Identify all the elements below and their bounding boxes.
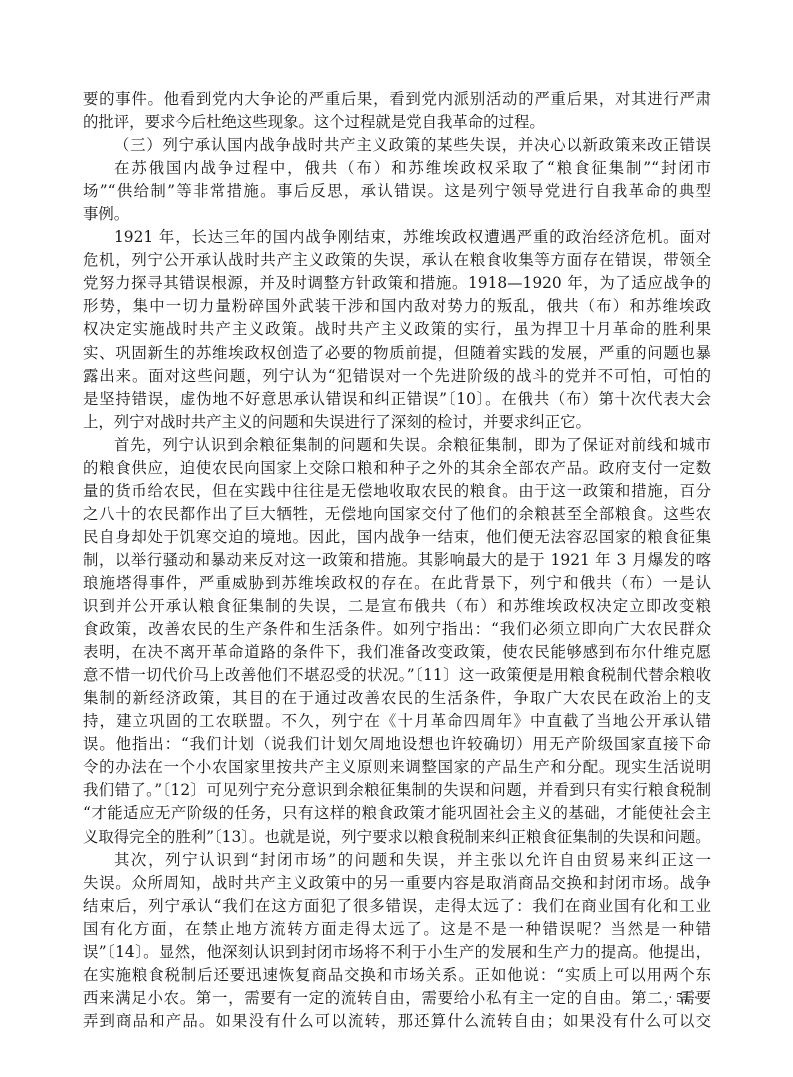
text-line: 之八十的农民都作出了巨大牺牲，无偿地向国家交付了他们的余粮甚至全部粮食。这些农	[83, 503, 711, 526]
text-line: 其次，列宁认识到“封闭市场”的问题和失误，并主张以允许自由贸易来纠正这一	[83, 849, 711, 872]
text-line: 在苏俄国内战争过程中，俄共（布）和苏维埃政权采取了“粮食征集制”“封闭市	[83, 157, 711, 180]
page-number: · 51 ·	[668, 991, 698, 1007]
text-line: 表明，在决不离开革命道路的条件下，我们准备改变政策，使农民能够感到布尔什维克愿	[83, 641, 711, 664]
text-line: 误。他指出：“我们计划（说我们计划欠周地设想也许较确切）用无产阶级国家直接下命	[83, 733, 711, 756]
text-line: 持，建立巩固的工农联盟。不久，列宁在《十月革命四周年》中直截了当地公开承认错	[83, 710, 711, 733]
text-line: 义取得完全的胜利”〔13〕。也就是说，列宁要求以粮食税制来纠正粮食征集制的失误和…	[83, 826, 711, 849]
text-line: 我们错了。”〔12〕可见列宁充分意识到余粮征集制的失误和问题，并看到只有实行粮食…	[83, 779, 711, 802]
text-line: 危机，列宁公开承认战时共产主义政策的失误，承认在粮食收集等方面存在错误，带领全	[83, 249, 711, 272]
text-line: 的批评，要求今后杜绝这些现象。这个过程就是党自我革命的过程。	[83, 111, 711, 134]
text-line: 1921 年，长达三年的国内战争刚结束，苏维埃政权遭遇严重的政治经济危机。面对	[83, 226, 711, 249]
text-line: 集制的新经济政策，其目的在于通过改善农民的生活条件，争取广大农民在政治上的支	[83, 687, 711, 710]
text-line: 权决定实施战时共产主义政策。战时共产主义政策的实行，虽为捍卫十月革命的胜利果	[83, 318, 711, 341]
text-line: 制，以举行骚动和暴动来反对这一政策和措施。其影响最大的是于 1921 年 3 月…	[83, 549, 711, 572]
text-line: 误”〔14〕。显然，他深刻认识到封闭市场将不利于小生产的发展和生产力的提高。他提…	[83, 941, 711, 964]
text-line: 党努力探寻其错误根源，并及时调整方针政策和措施。1918—1920 年，为了适应…	[83, 272, 711, 295]
text-line: 琅施塔得事件，严重威胁到苏维埃政权的存在。在此背景下，列宁和俄共（布）一是认	[83, 572, 711, 595]
text-line: “才能适应无产阶级的任务，只有这样的粮食政策才能巩固社会主义的基础，才能使社会主	[83, 802, 711, 825]
text-line: 失误。众所周知，战时共产主义政策中的另一重要内容是取消商品交换和封闭市场。战争	[83, 872, 711, 895]
text-line: 弄到商品和产品。如果没有什么可以流转，那还算什么流转自由；如果没有什么可以交	[83, 1010, 711, 1033]
text-line: 食政策，改善农民的生产条件和生活条件。如列宁指出：“我们必须立即向广大农民群众	[83, 618, 711, 641]
text-line: 令的办法在一个小农国家里按共产主义原则来调整国家的产品生产和分配。现实生活说明	[83, 756, 711, 779]
text-line: 量的货币给农民，但在实践中往往是无偿地收取农民的粮食。由于这一政策和措施，百分	[83, 480, 711, 503]
text-line: 西来满足小农。第一，需要有一定的流转自由，需要给小私有主一定的自由。第二，需要	[83, 987, 711, 1010]
text-line: 要的事件。他看到党内大争论的严重后果，看到党内派别活动的严重后果，对其进行严肃	[83, 88, 711, 111]
text-line: 事例。	[83, 203, 711, 226]
text-line: 上，列宁对战时共产主义的问题和失误进行了深刻的检讨，并要求纠正它。	[83, 411, 711, 434]
text-line: 识到并公开承认粮食征集制的失误，二是宣布俄共（布）和苏维埃政权决定立即改变粮	[83, 595, 711, 618]
text-line: 在实施粮食税制后还要迅速恢复商品交换和市场关系。正如他说：“实质上可以用两个东	[83, 964, 711, 987]
text-line: 露出来。面对这些问题，列宁认为“犯错误对一个先进阶级的战斗的党并不可怕，可怕的	[83, 365, 711, 388]
text-line: 意不惜一切代价马上改善他们不堪忍受的状况。”〔11〕这一政策便是用粮食税制代替余…	[83, 664, 711, 687]
text-line: 民自身却处于饥寒交迫的境地。因此，国内战争一结束，他们便无法容忍国家的粮食征集	[83, 526, 711, 549]
text-line: 是坚持错误，虚伪地不好意思承认错误和纠正错误”〔10〕。在俄共（布）第十次代表大…	[83, 388, 711, 411]
text-line: 实、巩固新生的苏维埃政权创造了必要的物质前提，但随着实践的发展，严重的问题也暴	[83, 342, 711, 365]
text-line: 形势，集中一切力量粉碎国外武装干涉和国内敌对势力的叛乱，俄共（布）和苏维埃政	[83, 295, 711, 318]
document-page: 要的事件。他看到党内大争论的严重后果，看到党内派别活动的严重后果，对其进行严肃 …	[83, 88, 711, 1033]
section-heading: （三）列宁承认国内战争战时共产主义政策的某些失误，并决心以新政策来改正错误	[83, 134, 711, 157]
text-line: 国有化方面，在禁止地方流转方面走得太远了。这是不是一种错误呢？当然是一种错	[83, 918, 711, 941]
text-line: 场”“供给制”等非常措施。事后反思，承认错误。这是列宁领导党进行自我革命的典型	[83, 180, 711, 203]
text-line: 的粮食供应，迫使农民向国家上交除口粮和种子之外的其余全部农产品。政府支付一定数	[83, 457, 711, 480]
text-line: 结束后，列宁承认“我们在这方面犯了很多错误，走得太远了：我们在商业国有化和工业	[83, 895, 711, 918]
text-line: 首先，列宁认识到余粮征集制的问题和失误。余粮征集制，即为了保证对前线和城市	[83, 434, 711, 457]
